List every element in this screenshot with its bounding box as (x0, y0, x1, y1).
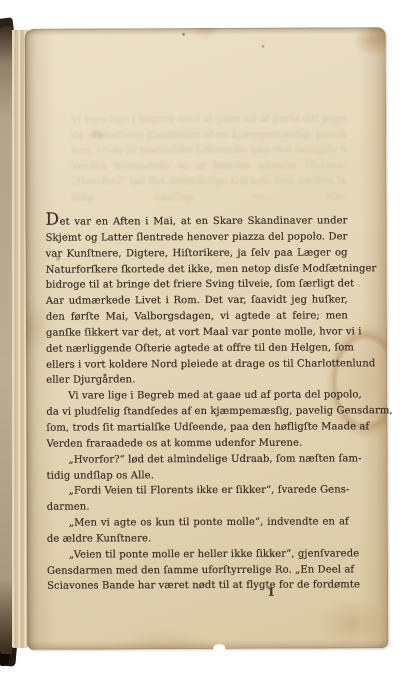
text-line: tidig undſlap os Alle. (47, 467, 349, 484)
text-line: Sciavones Bande har været nødt til at fl… (47, 578, 349, 595)
text-line: Gensdarmen med den ſamme uforſtyrrelige … (47, 562, 349, 579)
text-line: da vi pludſelig ſtandſedes af en kjæmpem… (46, 404, 348, 421)
text-line: Verden fraraadede os at komme udenfor Mu… (46, 435, 348, 452)
text-line: bidroge til at bringe det friere Sving t… (46, 277, 348, 294)
text-line: ſom, trods ſit martialſke Udſeende, paa … (46, 419, 348, 436)
text-line: „Hvorfor?“ lød det almindelige Udraab, ſ… (46, 451, 348, 468)
show-through-line: ſom, trods ſit martialſke Udſeende, paa … (71, 142, 347, 159)
text-line: Naturforſkere ſkortede det ikke, men net… (46, 261, 348, 278)
text-line: de ældre Kunſtnere. (47, 530, 349, 547)
text-line: ganſke ſikkert var det, at vort Maal var… (46, 324, 348, 341)
text-line: „Fordi Veien til Florents ikke er ſikker… (47, 483, 349, 500)
show-through-line: da vi pludſelig ſtandſedes af en kjæmpem… (71, 127, 347, 144)
text-line: den førſte Mai, Valborgsdagen, vi agtede… (46, 308, 348, 325)
text-line: ellers i vort koldere Nord pleiede at dr… (46, 356, 348, 373)
page-corner-fold (369, 27, 386, 48)
text-line: Det var en Aften i Mai, at en Skare Skan… (45, 213, 347, 230)
page-number: 1 (259, 586, 283, 599)
show-through-line: tidig undſlap os Alle. (71, 189, 347, 206)
book-photo: Vi vare lige i Begreb med at gaae ud af … (0, 0, 420, 700)
show-through-line: Vi vare lige i Begreb med at gaae ud af … (71, 111, 347, 128)
drop-cap: D (45, 210, 59, 230)
text-line: „Veien til ponte molle er heller ikke ſi… (47, 546, 349, 563)
book-spine (0, 26, 12, 654)
book-page: Vi vare lige i Begreb med at gaae ud af … (25, 27, 389, 650)
text-line: eller Djurgården. (46, 372, 348, 389)
show-through-line: Verden fraraadede os at komme udenfor Mu… (71, 158, 347, 175)
show-through-text: Vi vare lige i Begreb med at gaae ud af … (71, 111, 347, 205)
text-line: Skjemt og Latter ſlentrede henover piazz… (46, 229, 348, 246)
text-line: „Men vi agte os kun til ponte molle“, in… (47, 514, 349, 531)
text-line: var Kunſtnere, Digtere, Hiſtorikere, ja … (46, 245, 348, 262)
text-line: Vi vare lige i Begreb med at gaae ud af … (46, 388, 348, 405)
page-text: Det var en Aften i Mai, at en Skare Skan… (45, 213, 349, 595)
text-line: darmen. (47, 499, 349, 516)
text-line: det nærliggende Oſterie agtede at offre … (46, 340, 348, 357)
page-bottom-notch (213, 644, 225, 652)
show-through-line: „Hvorfor?“ lød det almindelige Udraab, ſ… (71, 173, 347, 190)
text-line: Aar udmærkede Livet i Rom. Det var, ſaav… (46, 293, 348, 310)
